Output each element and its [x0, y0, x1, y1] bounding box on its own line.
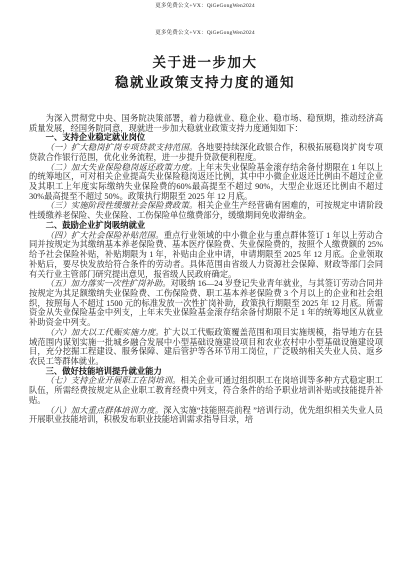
- paragraph-7: （七）支持企业开展职工在岗培训。相关企业可通过组织职工在岗培训等多种方式稳定职工…: [29, 376, 383, 405]
- intro-paragraph: 为深入贯彻党中央、国务院决策部署，着力稳就业、稳企业、稳市场、稳预期，推动经济高…: [29, 114, 383, 133]
- doc-body: 为深入贯彻党中央、国务院决策部署，着力稳就业、稳企业、稳市场、稳预期，推动经济高…: [29, 114, 383, 425]
- paragraph-3-lead: （三）实施阶段性缓缴社会保险费政策。: [46, 201, 198, 210]
- paragraph-2-lead: （二）加大失业保险稳岗返还政策力度。: [46, 163, 198, 172]
- section-2-heading: 二、鼓励企业扩岗吸纳就业: [29, 221, 383, 231]
- paragraph-4-lead: （四）扩大社会保险补贴范围。: [46, 231, 164, 240]
- paragraph-1-lead: （一）扩大稳岗扩岗专项贷款支持范围。: [46, 143, 198, 152]
- paragraph-6: （六）加大以工代赈实施力度。扩大以工代赈政策覆盖范围和项目实施规模，指导地方在县…: [29, 328, 383, 367]
- watermark-line-2: 更多免费公文+VX：QiGeGongWen2024: [0, 30, 410, 37]
- doc-title-line-2: 稳就业政策支持力度的通知: [0, 73, 410, 93]
- paragraph-5-lead: （五）加力落实一次性扩岗补助。: [46, 279, 171, 288]
- doc-title: 关于进一步加大 稳就业政策支持力度的通知: [0, 53, 410, 93]
- document-page: 更多免费公文+VX：QiGeGongWen2024 更多免费公文+VX：QiGe…: [0, 0, 410, 580]
- paragraph-6-lead: （六）加大以工代赈实施力度。: [46, 328, 164, 337]
- paragraph-8: （八）加大重点群体培训力度。深入实施“技能照亮前程 ”培训行动，优先组织相关失业…: [29, 406, 383, 425]
- paragraph-7-lead: （七）支持企业开展职工在岗培训。: [46, 376, 181, 385]
- section-1-heading: 一、支持企业稳定就业岗位: [29, 133, 383, 143]
- watermark-line-1: 更多免费公文+VX：QiGeGongWen2024: [0, 3, 410, 10]
- paragraph-5: （五）加力落实一次性扩岗补助。对吸纳 16—24 岁登记失业青年就业，与其签订劳…: [29, 279, 383, 328]
- section-3-heading: 三、做好技能培训提升就业能力: [29, 367, 383, 377]
- paragraph-2: （二）加大失业保险稳岗返还政策力度。上年末失业保险基金滚存结余备付期限在 1 年…: [29, 163, 383, 202]
- paragraph-4: （四）扩大社会保险补贴范围。重点行业领域的中小微企业与重点群体签订 1 年以上劳…: [29, 231, 383, 280]
- doc-title-line-1: 关于进一步加大: [0, 53, 410, 73]
- paragraph-8-lead: （八）加大重点群体培训力度。: [46, 406, 164, 415]
- paragraph-1: （一）扩大稳岗扩岗专项贷款支持范围。各地要持续深化政银合作，积极拓展稳岗扩岗专项…: [29, 143, 383, 162]
- paragraph-3: （三）实施阶段性缓缴社会保险费政策。相关企业生产经营确有困难的，可按规定申请阶段…: [29, 201, 383, 220]
